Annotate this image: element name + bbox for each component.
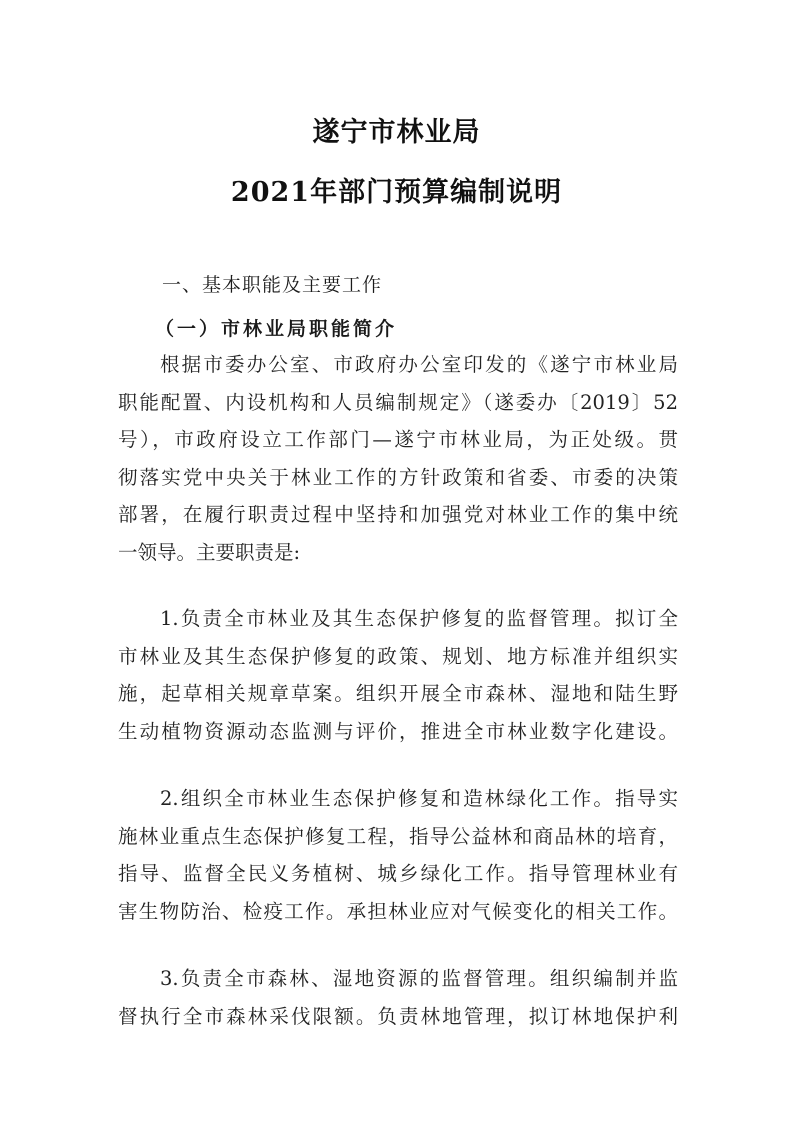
paragraph-duty-1: 1.负责全市林业及其生态保护修复的监督管理。拟订全 市林业及其生态保护修复的政策… bbox=[118, 600, 678, 750]
paragraph-line: 施林业重点生态保护修复工程，指导公益林和商品林的培育， bbox=[118, 818, 678, 856]
document-title-organization: 遂宁市林业局 bbox=[0, 110, 793, 149]
paragraph-duty-2: 2.组织全市林业生态保护修复和造林绿化工作。指导实 施林业重点生态保护修复工程，… bbox=[118, 780, 678, 930]
paragraph-line: 施，起草相关规章草案。组织开展全市森林、湿地和陆生野 bbox=[118, 675, 678, 713]
document-page: 遂宁市林业局 2021年部门预算编制说明 一、基本职能及主要工作 （一）市林业局… bbox=[0, 0, 793, 1122]
paragraph-line: 部署，在履行职责过程中坚持和加强党对林业工作的集中统 bbox=[118, 496, 678, 534]
paragraph-line: 市林业及其生态保护修复的政策、规划、地方标准并组织实 bbox=[118, 638, 678, 676]
paragraph-line: 3.负责全市森林、湿地资源的监督管理。组织编制并监 bbox=[118, 960, 678, 998]
paragraph-line: 根据市委办公室、市政府办公室印发的《遂宁市林业局 bbox=[118, 346, 678, 384]
paragraph-line: 2.组织全市林业生态保护修复和造林绿化工作。指导实 bbox=[118, 780, 678, 818]
paragraph-line: 生动植物资源动态监测与评价，推进全市林业数字化建设。 bbox=[118, 713, 678, 751]
paragraph-line: 1.负责全市林业及其生态保护修复的监督管理。拟订全 bbox=[118, 600, 678, 638]
paragraph-duty-3: 3.负责全市森林、湿地资源的监督管理。组织编制并监 督执行全市森林采伐限额。负责… bbox=[118, 960, 678, 1035]
paragraph-line: 号），市政府设立工作部门—遂宁市林业局，为正处级。贯 bbox=[118, 421, 678, 459]
paragraph-line: 督执行全市森林采伐限额。负责林地管理，拟订林地保护利 bbox=[118, 998, 678, 1036]
paragraph-line: 指导、监督全民义务植树、城乡绿化工作。指导管理林业有 bbox=[118, 855, 678, 893]
subsection-heading: （一）市林业局职能简介 bbox=[155, 314, 397, 341]
paragraph-line: 一领导。主要职责是: bbox=[118, 534, 678, 572]
paragraph-line: 彻落实党中央关于林业工作的方针政策和省委、市委的决策 bbox=[118, 459, 678, 497]
section-heading: 一、基本职能及主要工作 bbox=[162, 270, 382, 297]
document-title-budget: 2021年部门预算编制说明 bbox=[0, 170, 793, 209]
paragraph-line: 害生物防治、检疫工作。承担林业应对气候变化的相关工作。 bbox=[118, 893, 678, 931]
paragraph-line: 职能配置、内设机构和人员编制规定》（遂委办〔2019〕52 bbox=[118, 384, 678, 422]
paragraph-intro: 根据市委办公室、市政府办公室印发的《遂宁市林业局 职能配置、内设机构和人员编制规… bbox=[118, 346, 678, 571]
